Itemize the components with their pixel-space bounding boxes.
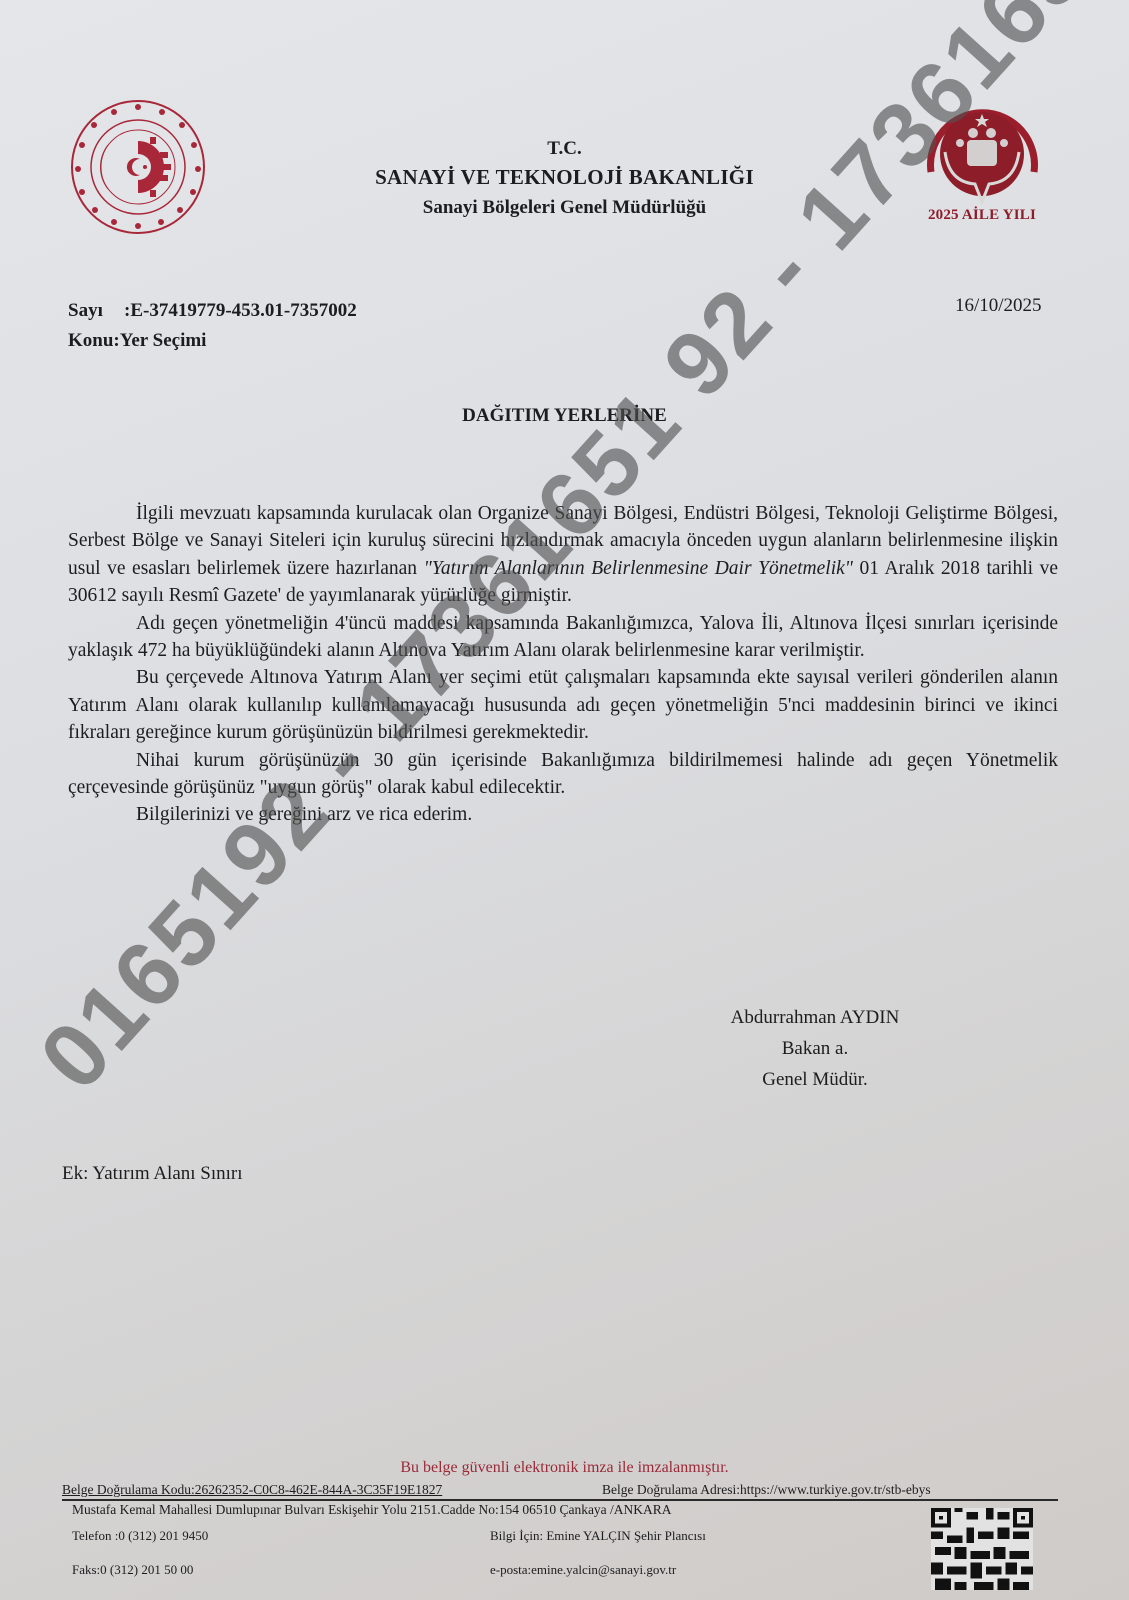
signatory-title-2: Genel Müdür. [700,1064,930,1095]
verification-row: Belge Doğrulama Kodu:26262352-C0C8-462E-… [62,1482,1058,1501]
document-date: 16/10/2025 [955,295,1042,317]
verification-code: Belge Doğrulama Kodu:26262352-C0C8-462E-… [62,1482,442,1497]
paragraph-5: Bilgilerinizi ve gereğini arz ve rica ed… [68,801,1058,828]
regulation-title: "Yatırım Alanlarının Belirlenmesine Dair… [424,558,853,579]
paragraph-2: Adı geçen yönetmeliğin 4'üncü maddesi ka… [68,610,1058,665]
signatory-title-1: Bakan a. [700,1033,930,1064]
konu-value: :Yer Seçimi [113,330,206,351]
phone-number: Telefon :0 (312) 201 9450 [72,1528,208,1544]
recipient-heading: DAĞITIM YERLERİNE [0,405,1129,427]
sayi-label: Sayı [68,300,124,322]
esign-notice: Bu belge güvenli elektronik imza ile imz… [0,1459,1129,1477]
qr-code-icon[interactable] [930,1508,1034,1590]
document-subject: Konu:Yer Seçimi [68,330,206,352]
ministry-title: SANAYİ VE TEKNOLOJİ BAKANLIĞI [0,165,1129,190]
paragraph-4: Nihai kurum görüşünüzün 30 gün içerisind… [68,747,1058,802]
attachment-note: Ek: Yatırım Alanı Sınırı [62,1163,243,1185]
document-page: 2025 AİLE YILI T.C. SANAYİ VE TEKNOLOJİ … [0,0,1129,1600]
contact-person: Bilgi İçin: Emine YALÇIN Şehir Plancısı [490,1528,706,1544]
office-address: Mustafa Kemal Mahallesi Dumlupınar Bulva… [72,1502,672,1518]
konu-label: Konu [68,330,113,351]
signatory-name: Abdurrahman AYDIN [700,1002,930,1033]
document-number: Sayı:E-37419779-453.01-7357002 [68,300,357,322]
letter-body: İlgili mevzuatı kapsamında kurulacak ola… [68,500,1058,829]
directorate-title: Sanayi Bölgeleri Genel Müdürlüğü [0,197,1129,219]
paragraph-1: İlgili mevzuatı kapsamında kurulacak ola… [68,500,1058,610]
signature-block: Abdurrahman AYDIN Bakan a. Genel Müdür. [700,1002,930,1095]
verification-address-link[interactable]: Belge Doğrulama Adresi:https://www.turki… [602,1482,931,1498]
paragraph-3: Bu çerçevede Altınova Yatırım Alanı yer … [68,664,1058,746]
contact-email[interactable]: e-posta:emine.yalcin@sanayi.gov.tr [490,1562,676,1578]
country-label: T.C. [0,138,1129,160]
fax-number: Faks:0 (312) 201 50 00 [72,1562,193,1578]
sayi-value: :E-37419779-453.01-7357002 [124,300,357,321]
